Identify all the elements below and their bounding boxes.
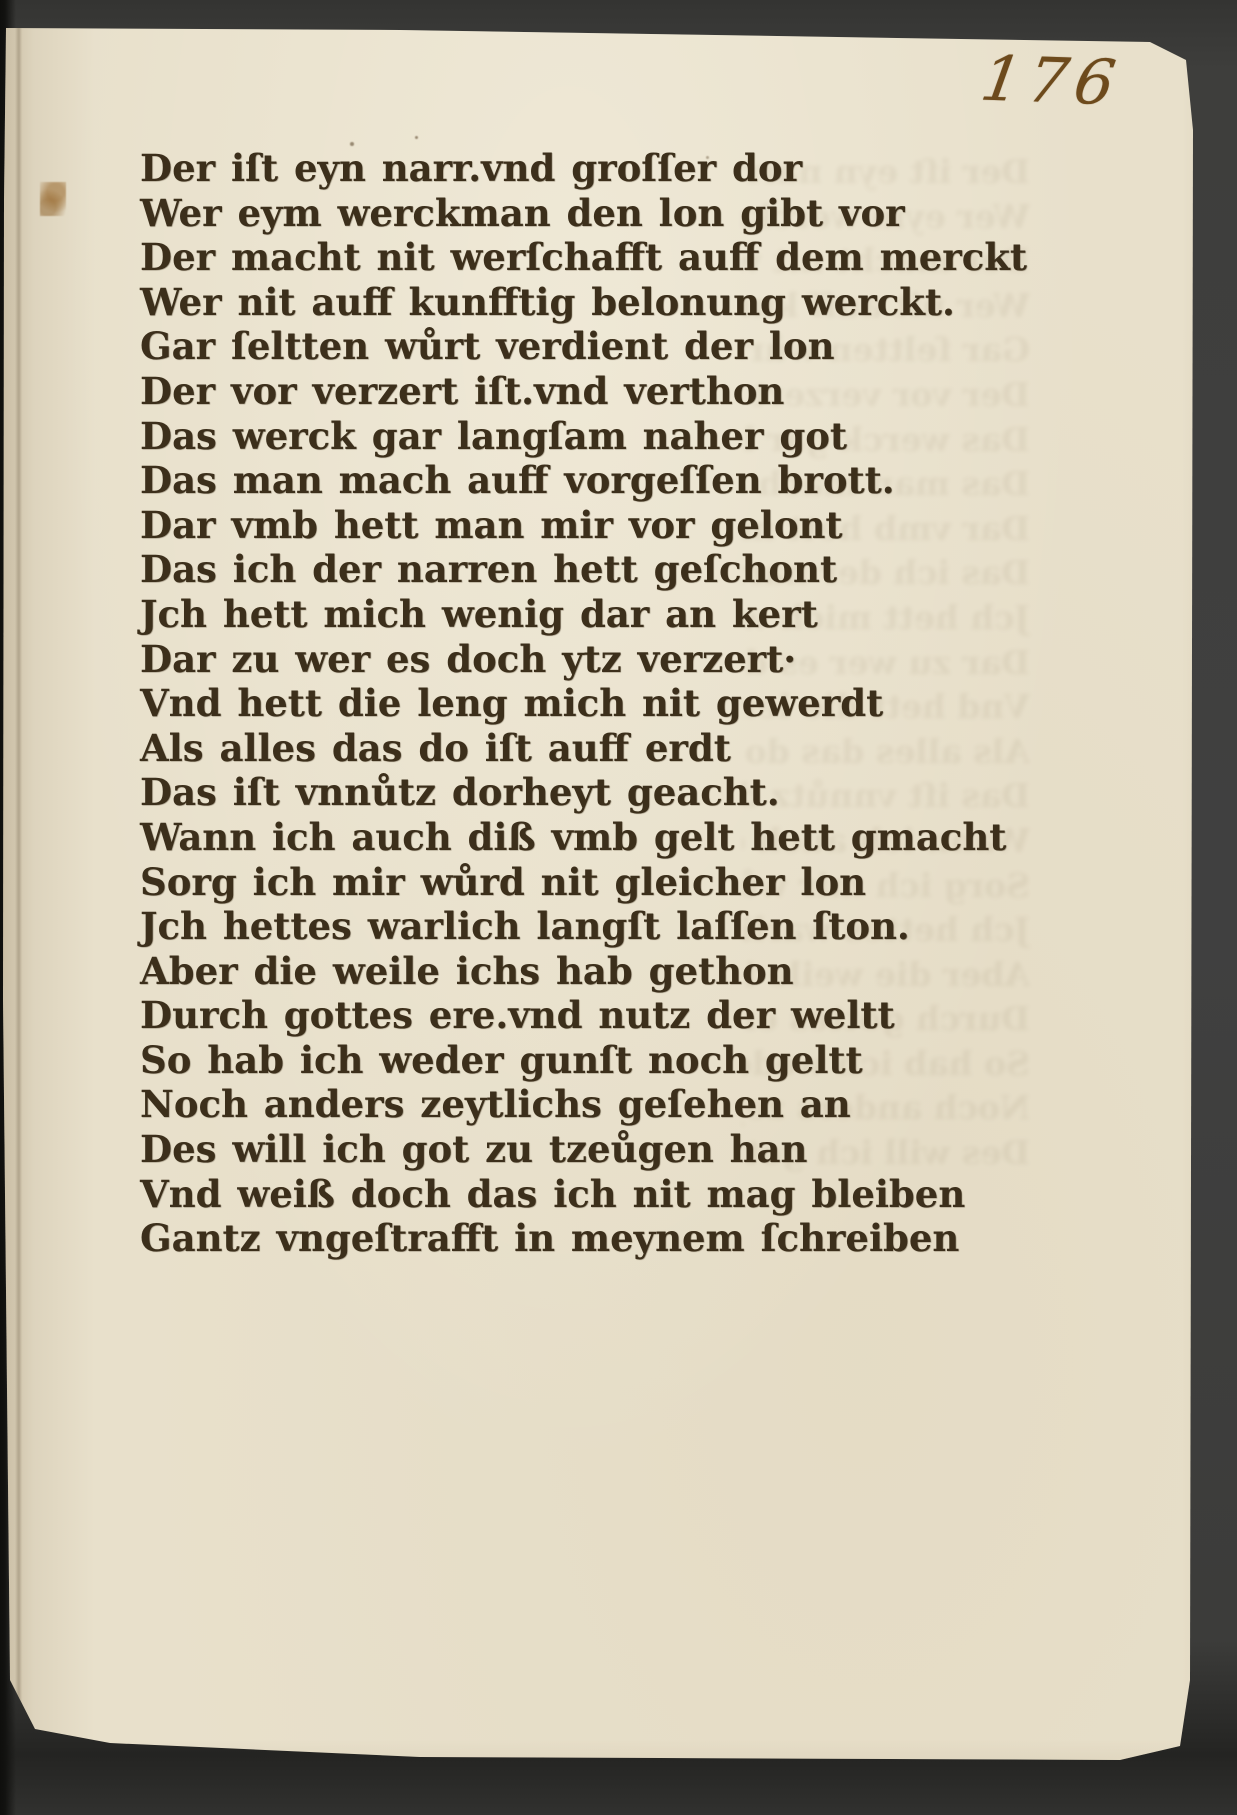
poem-line: Des will ich got zu tzeůgen han [140,1127,1177,1172]
book-page: Der iſt eyn narr.vnd groſſer dorWer eym … [0,0,1237,1815]
poem-line: Vnd hett die leng mich nit gewerdt [140,681,1177,726]
poem-line: Das iſt vnnůtz dorheyt geacht. [140,770,1177,815]
poem-line: Gantz vngeſtrafft in meynem ſchreiben [140,1216,1177,1261]
poem-lines: Der iſt eyn narr.vnd groſſer dorWer eym … [140,146,1177,1261]
poem-line: Durch gottes ere.vnd nutz der weltt [140,993,1177,1038]
poem-line: Wann ich auch diß vmb gelt hett gmacht [140,815,1177,860]
poem-line: Jch hettes warlich langſt laſſen ſton. [140,904,1177,949]
poem-line: Dar vmb hett man mir vor gelont [140,503,1177,548]
poem-line: Als alles das do iſt auff erdt [140,726,1177,771]
poem-line: Der iſt eyn narr.vnd groſſer dor [140,146,1177,191]
poem-line: Vnd weiß doch das ich nit mag bleiben [140,1172,1177,1217]
poem-line: Gar ſeltten wůrt verdient der lon [140,324,1177,369]
poem-line: So hab ich weder gunſt noch geltt [140,1038,1177,1083]
ink-stain [40,182,66,216]
poem-line: Noch anders zeytlichs geſehen an [140,1082,1177,1127]
poem-line: Aber die weile ichs hab gethon [140,949,1177,994]
poem-line: Jch hett mich wenig dar an kert [140,592,1177,637]
poem-line: Sorg ich mir wůrd nit gleicher lon [140,860,1177,905]
poem-line: Das werck gar langſam naher got [140,414,1177,459]
poem-line: Wer nit auff kunfftig belonung werckt. [140,280,1177,325]
book-photo: Der iſt eyn narr.vnd groſſer dorWer eym … [0,0,1237,1815]
poem-line: Der vor verzert iſt.vnd verthon [140,369,1177,414]
poem-line: Das ich der narren hett geſchont [140,547,1177,592]
handwritten-page-number: 176 [976,42,1127,120]
dust-speck [415,136,418,139]
poem-line: Dar zu wer es doch ytz verzert· [140,637,1177,682]
poem-line: Der macht nit werſchafft auff dem merckt [140,235,1177,280]
poem-line: Wer eym werckman den lon gibt vor [140,191,1177,236]
gutter-crease [15,20,22,1775]
poem-line: Das man mach auff vorgeſſen brott. [140,458,1177,503]
